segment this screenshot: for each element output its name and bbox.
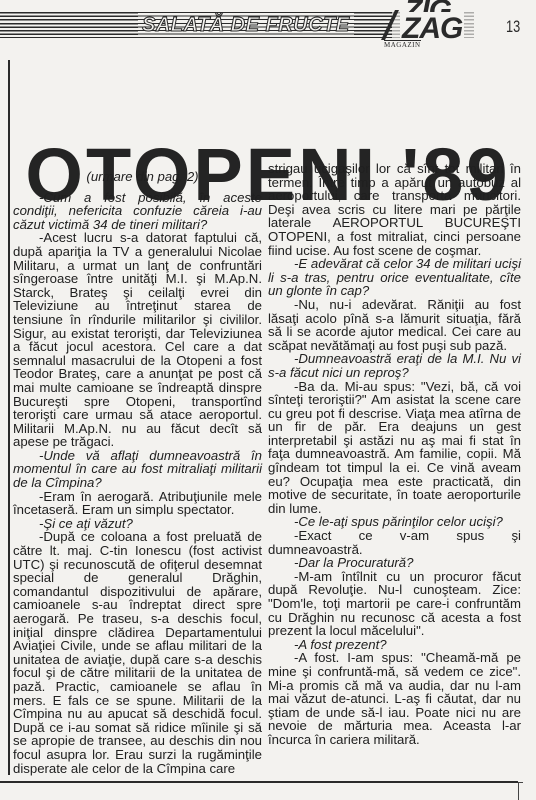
answer: -M-am întîlnit cu un procuror făcut după… (268, 570, 521, 638)
section-title: SALATĂ DE FRUCTE (138, 12, 354, 38)
question: -E adevărat că celor 34 de militari uciş… (268, 257, 521, 298)
answer: -Nu, nu-i adevărat. Răniţii au fost lăsa… (268, 298, 521, 352)
question: -Şi ce aţi văzut? (13, 517, 262, 531)
left-column: (urmare din pag. 2) -Cum a fost posibilă… (13, 170, 262, 775)
continuation-paragraph: strigau ucigaşilor lor că sînt tot milit… (268, 162, 521, 257)
question: -Dumneavoastră eraţi de la M.I. Nu vi s-… (268, 352, 521, 379)
continued-from-note: (urmare din pag. 2) (13, 170, 262, 184)
answer: -Acest lucru s-a datorat faptului că, du… (13, 231, 262, 449)
page-header: SALATĂ DE FRUCTE ZIG ZAG MAGAZIN 13 (0, 0, 536, 64)
bottom-border-rule (0, 781, 518, 783)
page-number: 13 (506, 17, 520, 37)
question: -A fost prezent? (268, 638, 521, 652)
answer: -Ba da. Mi-au spus: "Vezi, bă, că voi sî… (268, 380, 521, 516)
logo-subtitle: MAGAZIN (384, 40, 421, 49)
question: -Unde vă aflaţi dumneavoastră în momentu… (13, 449, 262, 490)
corner-bracket (518, 782, 523, 800)
question: -Ce le-aţi spus părinţilor celor ucişi? (268, 515, 521, 529)
question: -Cum a fost posibilă, în aceste condiţii… (13, 191, 262, 232)
answer: -După ce coloana a fost preluată de cătr… (13, 530, 262, 775)
answer: -Exact ce v-am spus şi dumneavoastră. (268, 529, 521, 556)
answer: -A fost. I-am spus: "Cheamă-mă pe mine ş… (268, 651, 521, 746)
right-column: strigau ucigaşilor lor că sînt tot milit… (268, 162, 521, 747)
question: -Dar la Procuratură? (268, 556, 521, 570)
answer: -Eram în aerogară. Atribuţiunile mele în… (13, 490, 262, 517)
